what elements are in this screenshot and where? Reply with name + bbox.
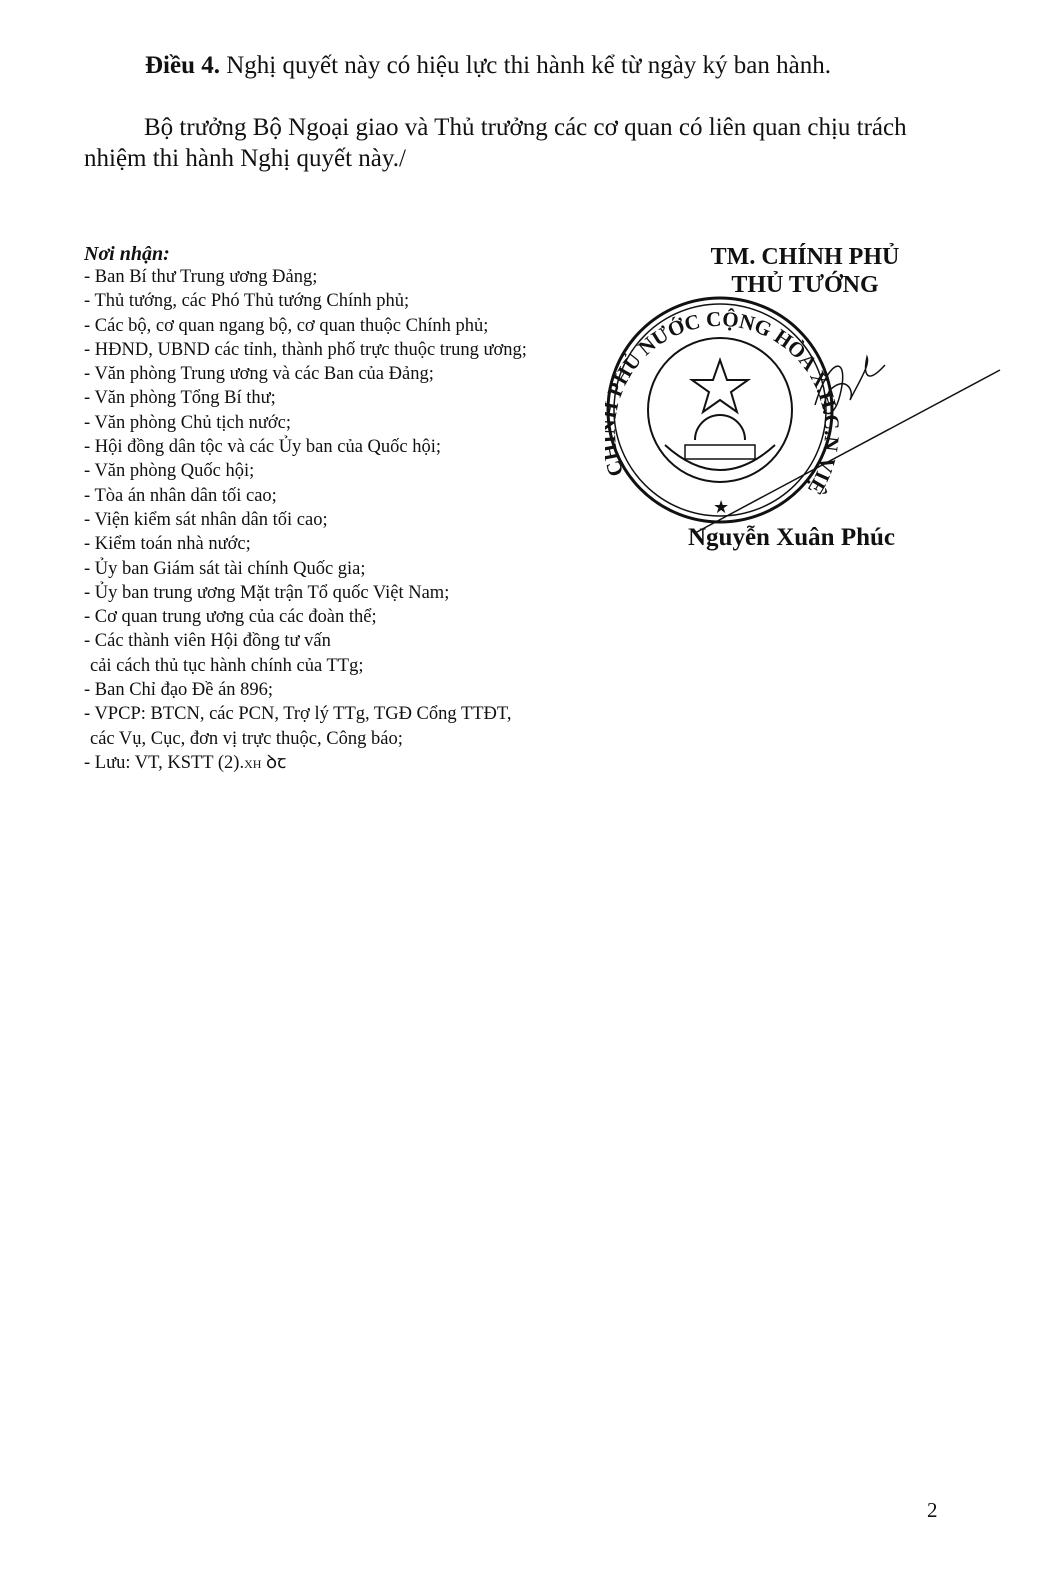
recipient-item: - Văn phòng Quốc hội;	[84, 459, 527, 483]
article-4: Điều 4. Nghị quyết này có hiệu lực thi h…	[145, 52, 831, 80]
recipient-item: - Ban Bí thư Trung ương Đảng;	[84, 265, 527, 289]
handwritten-mark: ꝺꞇ	[266, 753, 286, 773]
recipient-item: - Văn phòng Trung ương và các Ban của Đả…	[84, 362, 527, 386]
official-seal-icon: CHÍNH PHỦ NƯỚC CỘNG HÒA X.H.C.N VIỆT NAM…	[605, 295, 1005, 535]
recipient-item: - HĐND, UBND các tỉnh, thành phố trực th…	[84, 338, 527, 362]
recipient-item-archive: - Lưu: VT, KSTT (2).XH ꝺꞇ	[84, 751, 527, 776]
page-number: 2	[927, 1498, 938, 1523]
recipient-item: - Ủy ban Giám sát tài chính Quốc gia;	[84, 557, 527, 581]
execution-paragraph: Bộ trưởng Bộ Ngoại giao và Thủ trưởng cá…	[84, 112, 954, 174]
recipient-item: - Hội đồng dân tộc và các Ủy ban của Quố…	[84, 435, 527, 459]
signer-name: Nguyễn Xuân Phúc	[688, 524, 895, 552]
recipient-item: - VPCP: BTCN, các PCN, Trợ lý TTg, TGĐ C…	[84, 702, 527, 726]
article-text: Nghị quyết này có hiệu lực thi hành kể t…	[220, 52, 831, 79]
article-label: Điều 4.	[145, 52, 220, 79]
recipient-item: - Tòa án nhân dân tối cao;	[84, 484, 527, 508]
recipient-item: - Các thành viên Hội đồng tư vấn	[84, 629, 527, 653]
recipient-item: - Ban Chỉ đạo Đề án 896;	[84, 678, 527, 702]
recipient-item: - Thủ tướng, các Phó Thủ tướng Chính phủ…	[84, 289, 527, 313]
signature-line-1: TM. CHÍNH PHỦ	[650, 243, 960, 271]
svg-text:★: ★	[713, 497, 729, 517]
recipient-item: - Cơ quan trung ương của các đoàn thể;	[84, 605, 527, 629]
recipient-item: - Viện kiểm sát nhân dân tối cao;	[84, 508, 527, 532]
recipient-item: - Kiểm toán nhà nước;	[84, 532, 527, 556]
recipients-block: Nơi nhận: - Ban Bí thư Trung ương Đảng;-…	[84, 243, 527, 776]
recipient-item: - Các bộ, cơ quan ngang bộ, cơ quan thuộ…	[84, 314, 527, 338]
recipient-item: cải cách thủ tục hành chính của TTg;	[84, 654, 527, 678]
recipient-item: - Ủy ban trung ương Mặt trận Tổ quốc Việ…	[84, 581, 527, 605]
recipient-item: các Vụ, Cục, đơn vị trực thuộc, Công báo…	[84, 727, 527, 751]
recipient-item: - Văn phòng Chủ tịch nước;	[84, 411, 527, 435]
recipient-item: - Văn phòng Tổng Bí thư;	[84, 386, 527, 410]
recipients-title: Nơi nhận:	[84, 243, 527, 265]
recipients-list: - Ban Bí thư Trung ương Đảng;- Thủ tướng…	[84, 265, 527, 751]
